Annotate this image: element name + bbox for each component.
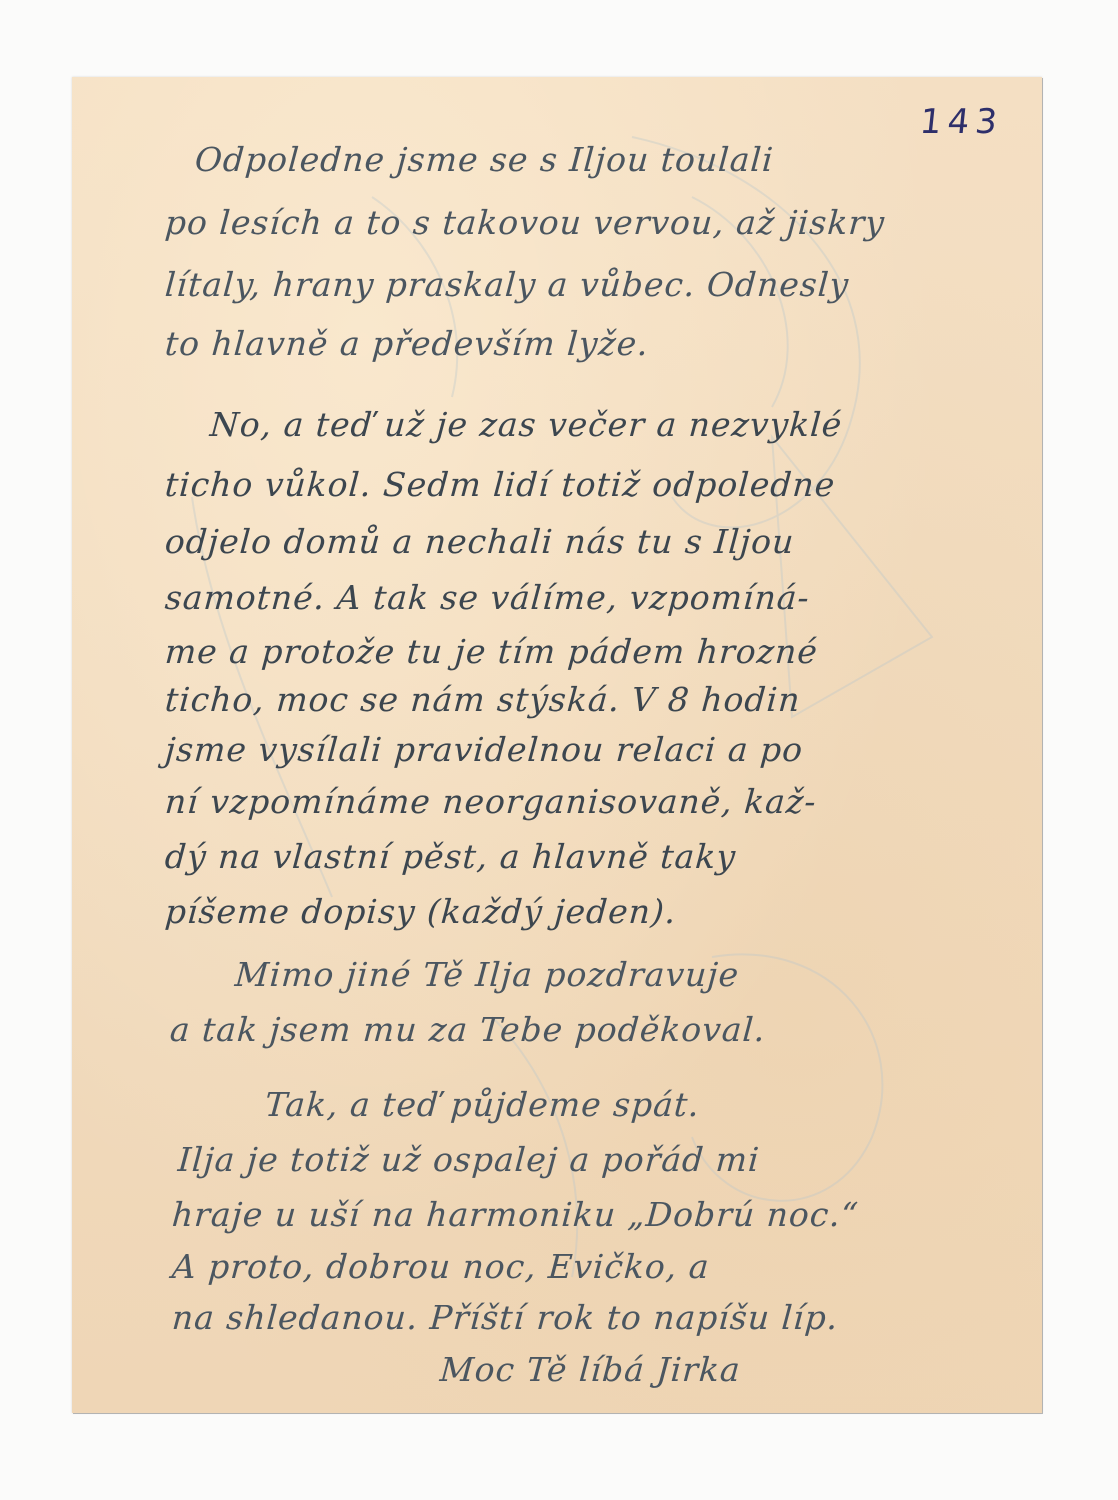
letter-line: po lesích a to s takovou vervou, až jisk… xyxy=(164,203,887,243)
letter-line: to hlavně a především lyže. xyxy=(164,324,651,364)
page-number: 143 xyxy=(918,102,1005,142)
letter-line: dý na vlastní pěst, a hlavně taky xyxy=(164,837,738,877)
signature: Moc Tě líbá Jirka xyxy=(439,1350,743,1390)
letter-line: Mimo jiné Tě Ilja pozdravuje xyxy=(234,955,741,995)
letter-line: me a protože tu je tím pádem hrozné xyxy=(164,632,820,672)
letter-line: samotné. A tak se válíme, vzpomíná- xyxy=(164,578,811,618)
letter-line: lítaly, hrany praskaly a vůbec. Odnesly xyxy=(164,265,851,305)
letter-line: ní vzpomínáme neorganisovaně, kaž- xyxy=(164,782,818,822)
letter-line: Odpoledne jsme se s Iljou toulali xyxy=(194,140,775,180)
letter-line: odjelo domů a nechali nás tu s Iljou xyxy=(164,522,796,562)
letter-line: Ilja je totiž už ospalej a pořád mi xyxy=(177,1140,761,1180)
letter-line: No, a teď už je zas večer a nezvyklé xyxy=(209,405,844,445)
letter-line: ticho, moc se nám stýská. V 8 hodin xyxy=(164,680,802,720)
letter-line: píšeme dopisy (každý jeden). xyxy=(164,892,678,932)
letter-line: ticho vůkol. Sedm lidí totiž odpoledne xyxy=(164,465,837,505)
letter-line: jsme vysílali pravidelnou relaci a po xyxy=(164,730,805,770)
letter-line: a tak jsem mu za Tebe poděkoval. xyxy=(169,1010,767,1050)
letter-line: Tak, a teď půjdeme spát. xyxy=(264,1085,702,1125)
letter-line: na shledanou. Příští rok to napíšu líp. xyxy=(171,1298,840,1338)
letter-line: A proto, dobrou noc, Evičko, a xyxy=(171,1247,711,1287)
letter-line: hraje u uší na harmoniku „Dobrú noc.“ xyxy=(171,1195,861,1235)
